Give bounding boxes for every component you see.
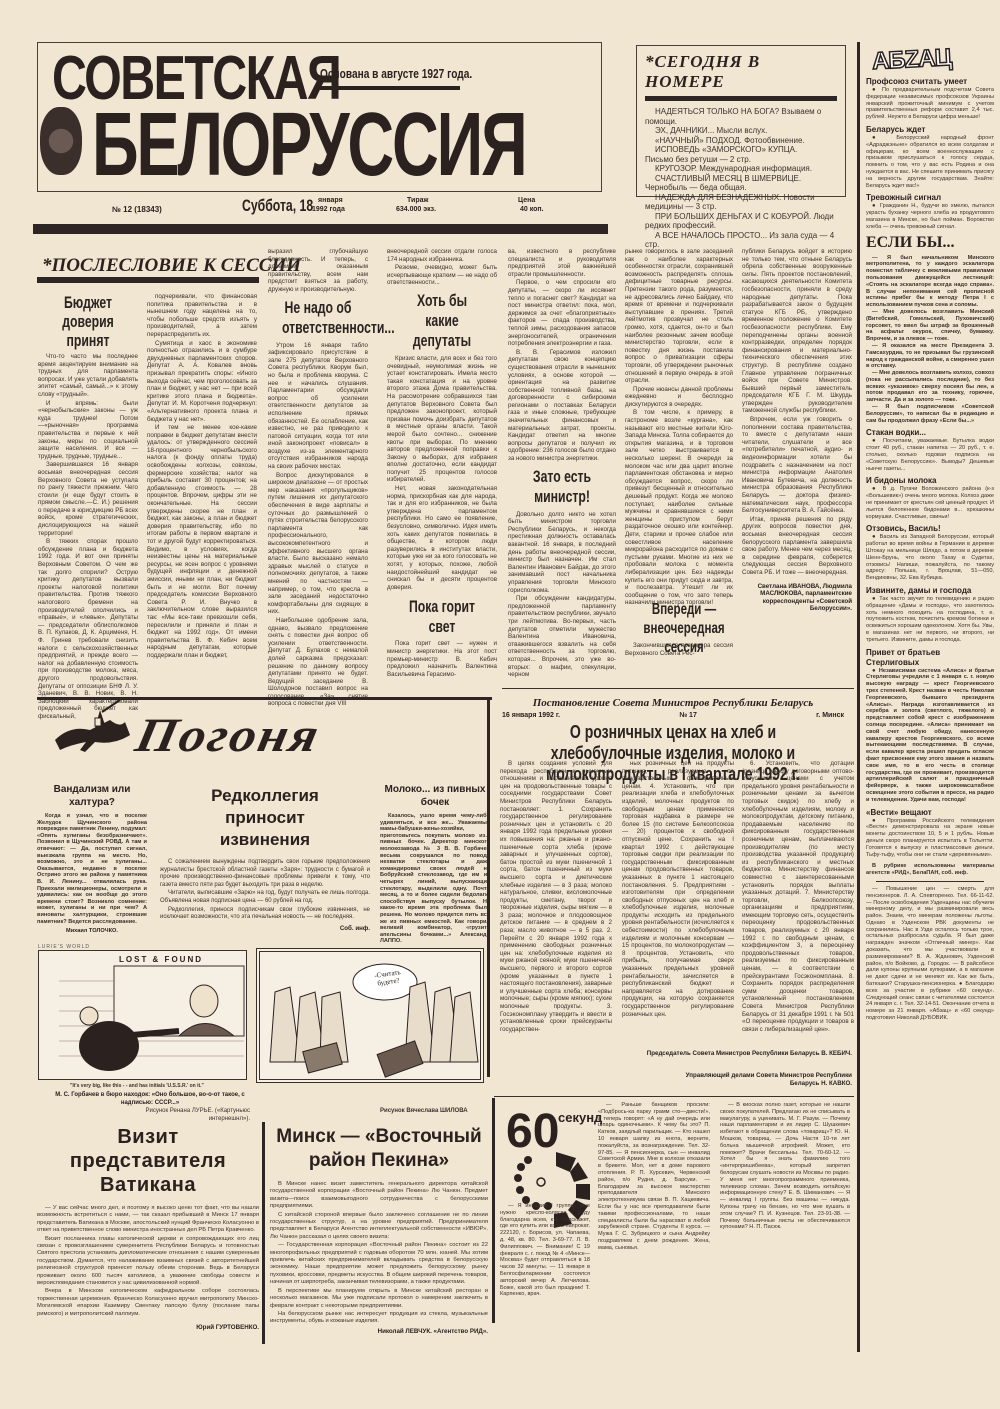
sixty-seconds-continued: — Повышение цен — смерть для пенсионеров… bbox=[866, 886, 994, 1022]
abzac-divider bbox=[876, 881, 984, 882]
abzac-credit: В рубрике использованы материалы агентст… bbox=[866, 863, 994, 877]
today-item: ЭХ, ДАЧНИКИ... Мысли вслух. bbox=[645, 126, 837, 136]
beijing-signature: Николай ЛЕВЧУК. «Агентство РИД». bbox=[270, 1328, 488, 1336]
article-paragraph: рынке говорилось в зале заседаний как о … bbox=[625, 248, 733, 385]
decree-number: № 17 bbox=[679, 712, 697, 719]
today-item: А ВСЕ НАЧАЛОСЬ ПРОСТО... Из зала суда — … bbox=[645, 231, 837, 250]
abzac-item-head: Беларусь ждет bbox=[866, 125, 994, 135]
article-paragraph: Казалось, ушло время чему-либо удивлятьс… bbox=[380, 813, 490, 945]
article-paragraph: В том числе, к примеру, в гастрономе воз… bbox=[625, 409, 733, 606]
sixty-col2: — Раньше банщиков просили: «Подбрось-ка … bbox=[598, 1102, 710, 1253]
session-title-rule bbox=[37, 277, 259, 283]
esli-by-title: ЕСЛИ БЫ... bbox=[866, 234, 994, 252]
sixty-col3: — В киосках полно газет, которые не нашл… bbox=[720, 1102, 850, 1232]
decree-signature-2: Управляющий делами Совета Министров Респ… bbox=[680, 1072, 852, 1087]
article-paragraph: Наибольшее одобрение зала, однако, вызва… bbox=[268, 617, 368, 708]
article-paragraph: внеочередной сессии отдали голоса 174 на… bbox=[387, 248, 497, 263]
responsibility-headline: Не надо об ответственности... bbox=[282, 298, 354, 338]
article-paragraph: В тяжких спорах прошло обсуждение плана … bbox=[38, 538, 138, 720]
section-divider bbox=[502, 688, 854, 689]
cartoon1-caption: М. С. Горбачев в бюро находок: «Оно боль… bbox=[45, 1092, 255, 1107]
pogonia-right-border bbox=[487, 697, 490, 1077]
today-item: НАДЕЯТЬСЯ ТОЛЬКО НА БОГА? Взываем о помо… bbox=[645, 107, 837, 126]
decree-col1: В целях создания условий для перехода ре… bbox=[500, 760, 612, 1034]
vandalism-article: Вандализм или халтура? Когда я узнал, чт… bbox=[37, 783, 147, 936]
vatican-divider bbox=[262, 1122, 265, 1344]
abzac-item-text: Независимая система «Алиса» и братья Сте… bbox=[866, 668, 994, 804]
article-paragraph: подчеркивали, что финансовая политика пр… bbox=[147, 293, 257, 339]
decree-paragraph: ных розничных цен на продукты питания, р… bbox=[622, 760, 734, 1018]
circulation-value: 634.000 экз. bbox=[396, 206, 436, 213]
today-item: Чернобыль — беда общая. bbox=[645, 183, 837, 193]
next-session-text: Закончившаяся позавчера сессия Верховног… bbox=[625, 642, 733, 658]
abzac-item-head: «Вести» вещают bbox=[866, 808, 994, 818]
today-item: ПРИ БОЛЬШИХ ДЕНЬГАХ И С КОБУРОЙ. Люди ре… bbox=[645, 212, 837, 231]
minister-article: ва, известного в республике специалиста … bbox=[508, 248, 616, 680]
issue-number: № 12 (18343) bbox=[112, 205, 162, 214]
cartoon2-credit: Рисунок Вячеслава ШИЛОВА bbox=[380, 1108, 468, 1114]
today-item: ИСПОВЕДЬ «ЗАМОРСКОГО» КУПЦА. bbox=[645, 145, 837, 155]
abzac-column: АБZАЦ Профсоюз считать умеет По предвари… bbox=[866, 45, 994, 1022]
issue-month: января bbox=[318, 197, 343, 204]
sixty-seconds-logo: 60 секунд bbox=[506, 1108, 586, 1208]
article-paragraph: В Минске нанес визит заместитель генерал… bbox=[270, 1181, 488, 1211]
vatican-article: Визит представителя Ватикана — У вас сей… bbox=[37, 1125, 259, 1332]
vatican-signature: Юрий ГУРТОВЕНКО. bbox=[37, 1324, 259, 1332]
abzac-item-text: Посчитаем, уважаемые. Бутылка водки стои… bbox=[866, 438, 994, 472]
decree-paragraph: В целях создания условий для перехода ре… bbox=[500, 760, 612, 1033]
esli-item: — Я был подписчиком «Советской Белорусси… bbox=[866, 404, 994, 424]
cartoon1-credit: Рисунок Ренана ЛУРЬЕ. («Картуньюс интерн… bbox=[140, 1108, 250, 1123]
apology-signature: Соб. инф. bbox=[160, 925, 370, 933]
session-signature: Светлана ИВАНОВА, Людмила МАСЛЮКОВА, пар… bbox=[742, 583, 852, 613]
esli-item: — Мне довелось возглавить Минский (Витеб… bbox=[866, 309, 994, 343]
order-emblem-icon bbox=[40, 107, 82, 175]
milk-headline: Молоко... из пивных бочек bbox=[380, 783, 490, 809]
article-paragraph: Утром 16 января табло зафиксировало прис… bbox=[268, 342, 368, 471]
article-paragraph: Нет, новая законодательная норма, приско… bbox=[387, 485, 497, 591]
article-paragraph: В перспективе мы планируем открыть в Мин… bbox=[270, 1288, 488, 1310]
founded-underline bbox=[320, 86, 460, 90]
article-paragraph: Закончившаяся позавчера сессия Верховног… bbox=[625, 642, 733, 657]
deputies-headline: Хоть бы какие депутаты bbox=[402, 291, 481, 351]
article-paragraph: Прочие нюансы данной проблемы ежедневно … bbox=[625, 386, 733, 409]
decree-signature-1: Председатель Совета Министров Республики… bbox=[620, 1050, 852, 1058]
light-headline: Пока горит свет bbox=[402, 597, 481, 637]
sixty-message: — В киосках полно газет, которые не нашл… bbox=[720, 1102, 850, 1231]
decree-header: Постановление Совета Министров Республик… bbox=[494, 697, 852, 709]
article-paragraph: Итак, приняв решения по ряду других вопр… bbox=[742, 516, 852, 577]
abzac-item-head: И бидоны молока bbox=[866, 476, 994, 486]
beijing-headline: Минск — «Восточный район Пекина» bbox=[270, 1125, 488, 1173]
abzac-item-text: Программа Российского телевидения «Вести… bbox=[866, 818, 994, 859]
esli-item: — Мне довелось возглавить колхоз, совхоз… bbox=[866, 370, 994, 404]
article-paragraph: Кризис власти, для всех и без того очеви… bbox=[387, 355, 497, 484]
pogonia-banner-title: Погоня bbox=[131, 708, 326, 763]
esli-item: — Я был начальником Минского метрополите… bbox=[866, 255, 994, 309]
circulation-label: Тираж bbox=[407, 197, 428, 204]
count-money-cartoon: -Считать будете? bbox=[256, 948, 484, 1083]
article-paragraph: При обсуждении кандидатуры, предложенной… bbox=[508, 595, 616, 679]
article-paragraph: — У вас сейчас много дел, и поэтому я вы… bbox=[37, 1205, 259, 1235]
today-rule bbox=[645, 96, 837, 101]
article-paragraph: И тем не менее кое-какие поправки в бюдж… bbox=[147, 424, 257, 659]
today-title: *СЕГОДНЯ В НОМЕРЕ bbox=[645, 52, 837, 92]
article-paragraph: Первое, о чем спросили его депутаты, — с… bbox=[508, 279, 616, 347]
article-paragraph: Резюме, очевидно, может быть исчерпывающ… bbox=[387, 264, 497, 287]
price-value: 40 коп. bbox=[520, 206, 544, 213]
budget-article-continued: подчеркивали, что финансовая политика пр… bbox=[147, 293, 257, 661]
abzac-item-text: Так часто звучит по телевидению и радио … bbox=[866, 596, 994, 644]
vandalism-headline: Вандализм или халтура? bbox=[37, 783, 147, 809]
abzac-item-head: Извините, дамы и господа bbox=[866, 586, 994, 596]
abzac-logo: АБZАЦ bbox=[871, 42, 994, 76]
article-paragraph: — Государственная корпорация «Восточный … bbox=[270, 1242, 488, 1286]
today-in-issue-box: *СЕГОДНЯ В НОМЕРЕ НАДЕЯТЬСЯ ТОЛЬКО НА БО… bbox=[636, 45, 846, 197]
abzac-item-text: В д. Пугачи Воложинского района (к-з «Бо… bbox=[866, 486, 994, 520]
article-paragraph: В. В. Герасимов изложил депутатам свою к… bbox=[508, 349, 616, 463]
abzac-item-head: Профсоюз считать умеет bbox=[866, 77, 994, 87]
article-paragraph: Читатели, выписавшие «Зарю» на год, буду… bbox=[160, 890, 370, 905]
article-paragraph: Что-то часто мы последнее время акцентир… bbox=[38, 353, 138, 399]
article-paragraph: публики Беларусь войдет в историю не тол… bbox=[742, 248, 852, 415]
article-paragraph: Довольно долго никто не хотел быть минис… bbox=[508, 511, 616, 595]
decree-col2: ных розничных цен на продукты питания, р… bbox=[622, 760, 734, 1019]
market-article: рынке говорилось в зале заседаний как о … bbox=[625, 248, 733, 608]
article-paragraph: Впрочем, если уж говорить о пополнении с… bbox=[742, 416, 852, 515]
article-paragraph: Сумятица и хаос в экономике полностью от… bbox=[147, 340, 257, 424]
abzac-item-head: Тревожный сигнал bbox=[866, 193, 994, 203]
abzac-item-head: Стакан водки... bbox=[866, 428, 994, 438]
abzac-item-text: По предварительным подсчетам Совета феде… bbox=[866, 87, 994, 121]
sixty-col1: — Я инвалид I группы, мне нужно кресло-к… bbox=[500, 1203, 590, 1299]
article-paragraph: Визит посланника главы католической церк… bbox=[37, 1236, 259, 1288]
article-paragraph: Пока горит свет — нужен и министр энерге… bbox=[387, 640, 497, 678]
esli-item: — Я оказался на месте Президента З. Гамс… bbox=[866, 343, 994, 370]
masthead-bottom-rule bbox=[33, 224, 608, 234]
vatican-headline: Визит представителя Ватикана bbox=[37, 1125, 259, 1197]
decree-city: г. Минск bbox=[816, 712, 844, 719]
today-item: КРУГОЗОР. Международная информация. bbox=[645, 164, 837, 174]
sixty-word: секунд bbox=[558, 1110, 602, 1125]
right-column-divider bbox=[857, 42, 860, 1352]
abzac-item-text: Белорусский народный фронт «Адраджэньне»… bbox=[866, 135, 994, 189]
apology-headline: Редколлегия приносит извинения bbox=[160, 785, 370, 851]
issue-year: 1992 года bbox=[312, 206, 345, 213]
decree-col3: 6. Установить, что дотации (разница межд… bbox=[742, 760, 854, 1034]
milk-article: Молоко... из пивных бочек Казалось, ушло… bbox=[380, 783, 490, 946]
responsibility-article: выразил глубочайшую благодарность. И теп… bbox=[268, 248, 368, 709]
founded-date: Основана в августе 1927 года. bbox=[320, 66, 472, 81]
article-paragraph: Редколлегия, принося подписчикам свои гл… bbox=[160, 907, 370, 922]
article-paragraph: Вчера в Минском католическом кафедрально… bbox=[37, 1288, 259, 1318]
beijing-article: Минск — «Восточный район Пекина» В Минск… bbox=[270, 1125, 488, 1335]
sixty-message: — Я инвалид I группы, мне нужно кресло-к… bbox=[500, 1203, 590, 1298]
session-section-title: *ПОСЛЕСЛОВИЕ К СЕССИИ bbox=[42, 255, 301, 277]
article-paragraph: С сожалением вынуждены подтвердить свои … bbox=[160, 859, 370, 889]
deputies-article: внеочередной сессии отдали голоса 174 на… bbox=[387, 248, 497, 679]
today-item: Письмо без ретуши — 2 стр. bbox=[645, 155, 837, 165]
apology-article: Редколлегия приносит извинения С сожален… bbox=[160, 785, 370, 932]
article-paragraph: ва, известного в республике специалиста … bbox=[508, 248, 616, 278]
abzac-item-text: Гражданин Н., будучи во хмелю, пытался у… bbox=[866, 203, 994, 230]
price-label: Цена bbox=[518, 197, 535, 204]
sixty-left-border bbox=[492, 1098, 495, 1323]
today-list: НАДЕЯТЬСЯ ТОЛЬКО НА БОГА? Взываем о помо… bbox=[645, 107, 837, 250]
lost-found-cartoon: LOST & FOUND bbox=[38, 950, 247, 1080]
sixty-number: 60 bbox=[506, 1105, 559, 1158]
kgb-article: публики Беларусь войдет в историю не тол… bbox=[742, 248, 852, 613]
abzac-item-head: Отзовись, Василь! bbox=[866, 524, 994, 534]
issue-day: Суббота, 18 bbox=[242, 196, 313, 216]
cartoon-drawing-icon bbox=[39, 951, 248, 1081]
today-item: НАДЕЖДА ДЛЯ БЕЗНАДЕЖНЫХ. Новости медицин… bbox=[645, 193, 837, 212]
decree-bottom-rule bbox=[494, 1096, 854, 1097]
pogonia-knight-icon bbox=[50, 700, 140, 755]
decree-paragraph: 6. Установить, что дотации (разница межд… bbox=[742, 760, 854, 1033]
sixty-message: — Раньше банщиков просили: «Подбрось-ка … bbox=[598, 1102, 710, 1252]
article-paragraph: Когда я узнал, что в поселке Желудок Щуч… bbox=[37, 813, 147, 925]
budget-article: Бюджет доверия принят Что-то часто мы по… bbox=[38, 293, 138, 722]
vandalism-signature: Михаил ТОЛОЧКО. bbox=[37, 928, 147, 936]
cartoon-drawing-icon bbox=[260, 952, 480, 1079]
article-paragraph: С китайской стороной впервые было заключ… bbox=[270, 1212, 488, 1242]
today-item: «НАУЧНЫЙ» ПОДХОД. Фотообвинение. bbox=[645, 136, 837, 146]
newspaper-title-line2: БЕЛОРУССИЯ bbox=[92, 100, 525, 190]
abzac-item-head: Привет от братьев Стерлиговых bbox=[866, 648, 994, 668]
budget-headline: Бюджет доверия принят bbox=[52, 293, 124, 350]
minister-headline: Зато есть министр! bbox=[523, 467, 601, 507]
article-paragraph: На белорусском рынке нас интересует прод… bbox=[270, 1311, 488, 1326]
article-paragraph: Завершившаяся 16 января восьмая внеочере… bbox=[38, 461, 138, 537]
decree-date: 16 января 1992 г. bbox=[502, 712, 560, 719]
article-paragraph: выразил глубочайшую благодарность. И теп… bbox=[268, 248, 368, 294]
abzac-item-text: Василь из Западной Белоруссии, который р… bbox=[866, 534, 994, 582]
article-paragraph: И впрямь: были «чернобыльские» законы — … bbox=[38, 400, 138, 461]
today-item: СЧАСТЛИВЫЙ МЕСЯЦ В ШМЕРВИЦЕ. bbox=[645, 174, 837, 184]
cartoon-english-caption: "It's very big, like this - - and has in… bbox=[70, 1083, 204, 1089]
article-paragraph: Вопрос дискутировался в широком диапазон… bbox=[268, 472, 368, 616]
